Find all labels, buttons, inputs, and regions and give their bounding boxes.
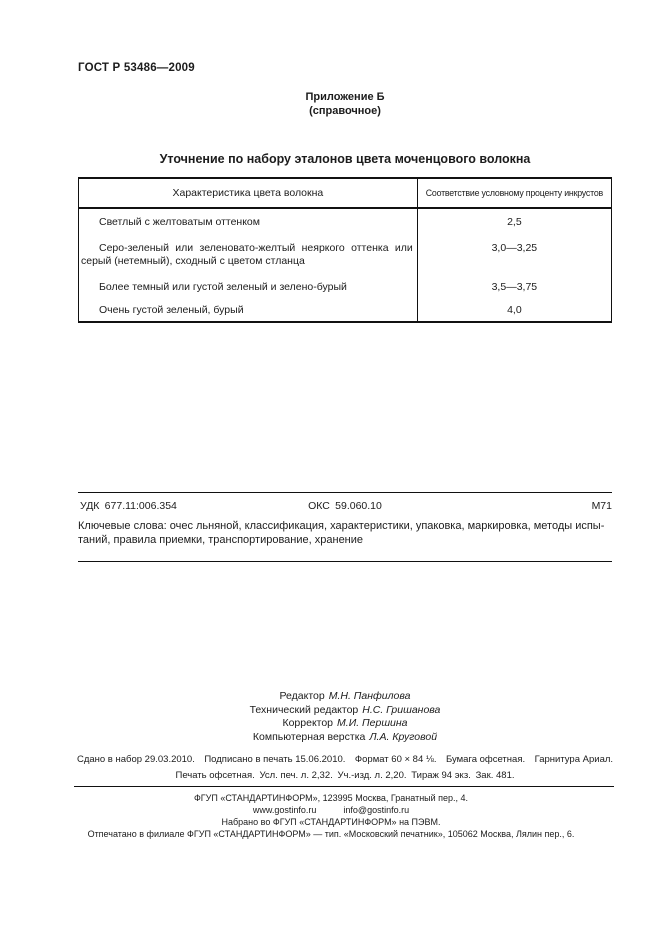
keywords-paragraph: Ключевые слова: очес льняной, классифика… [78,520,614,547]
credit-line: Технический редакторН.С. Гришанова [78,704,612,718]
percent-cell: 2,5 [417,208,611,235]
divider [78,561,612,562]
credit-role: Редактор [280,690,325,702]
keywords-line: таний, правила приемки, транспортировани… [78,534,614,548]
characteristic-cell: Более темный или густой зеленый и зелено… [79,274,418,300]
table-row: Серо-зеленый или зеленовато-желтый неярк… [79,235,612,274]
divider [74,786,614,787]
imprint-block: Сдано в набор 29.03.2010. Подписано в пе… [66,752,624,784]
publisher-block: ФГУП «СТАНДАРТИНФОРМ», 123995 Москва, Гр… [56,792,606,840]
annex-heading: Приложение Б (справочное) [78,90,612,118]
table-header-percent: Соответствие условному проценту инкрусто… [417,178,611,208]
credit-name: М.Н. Панфилова [329,690,411,702]
publisher-line: Набрано во ФГУП «СТАНДАРТИНФОРМ» на ПЭВМ… [56,816,606,828]
table-row: Очень густой зеленый, бурый 4,0 [79,300,612,322]
credit-role: Компьютерная верстка [253,731,365,743]
credit-name: Н.С. Гришанова [362,704,440,716]
table-header-characteristic: Характеристика цвета волокна [79,178,418,208]
annex-note: (справочное) [78,104,612,118]
publisher-line: Отпечатано в филиале ФГУП «СТАНДАРТИНФОР… [56,828,606,840]
characteristic-cell: Очень густой зеленый, бурый [79,300,418,322]
document-page: ГОСТ Р 53486—2009 Приложение Б (справочн… [0,0,661,936]
oks-code: ОКС 59.060.10 [308,500,382,512]
classifier-code: М71 [592,500,612,512]
credit-line: КорректорМ.И. Першина [78,717,612,731]
codes-row: УДК 677.11:006.354 ОКС 59.060.10 М71 [78,492,612,517]
udk-code: УДК 677.11:006.354 [80,500,177,512]
publisher-line: www.gostinfo.ru info@gostinfo.ru [56,804,606,816]
percent-cell: 3,5—3,75 [417,274,611,300]
percent-cell: 3,0—3,25 [417,235,611,274]
imprint-line: Печать офсетная. Усл. печ. л. 2,32. Уч.-… [66,768,624,784]
doc-code: ГОСТ Р 53486—2009 [78,62,195,74]
credit-role: Технический редактор [250,704,359,716]
credit-name: М.И. Першина [337,717,407,729]
keywords-line: Ключевые слова: очес льняной, классифика… [78,520,614,534]
credit-role: Корректор [282,717,333,729]
table-row: Светлый с желтоватым оттенком 2,5 [79,208,612,235]
credit-name: Л.А. Круговой [369,731,437,743]
credits-block: РедакторМ.Н. Панфилова Технический редак… [78,690,612,744]
imprint-line: Сдано в набор 29.03.2010. Подписано в пе… [66,752,624,768]
characteristic-cell: Серо-зеленый или зеленовато-желтый неярк… [79,235,418,274]
color-standards-table: Характеристика цвета волокна Соответстви… [78,177,612,323]
annex-label: Приложение Б [78,90,612,104]
credit-line: Компьютерная версткаЛ.А. Круговой [78,731,612,745]
publisher-line: ФГУП «СТАНДАРТИНФОРМ», 123995 Москва, Гр… [56,792,606,804]
table-header-row: Характеристика цвета волокна Соответстви… [79,178,612,208]
percent-cell: 4,0 [417,300,611,322]
credit-line: РедакторМ.Н. Панфилова [78,690,612,704]
characteristic-cell: Светлый с желтоватым оттенком [79,208,418,235]
appendix-title: Уточнение по набору эталонов цвета мочен… [78,152,612,166]
table-row: Более темный или густой зеленый и зелено… [79,274,612,300]
